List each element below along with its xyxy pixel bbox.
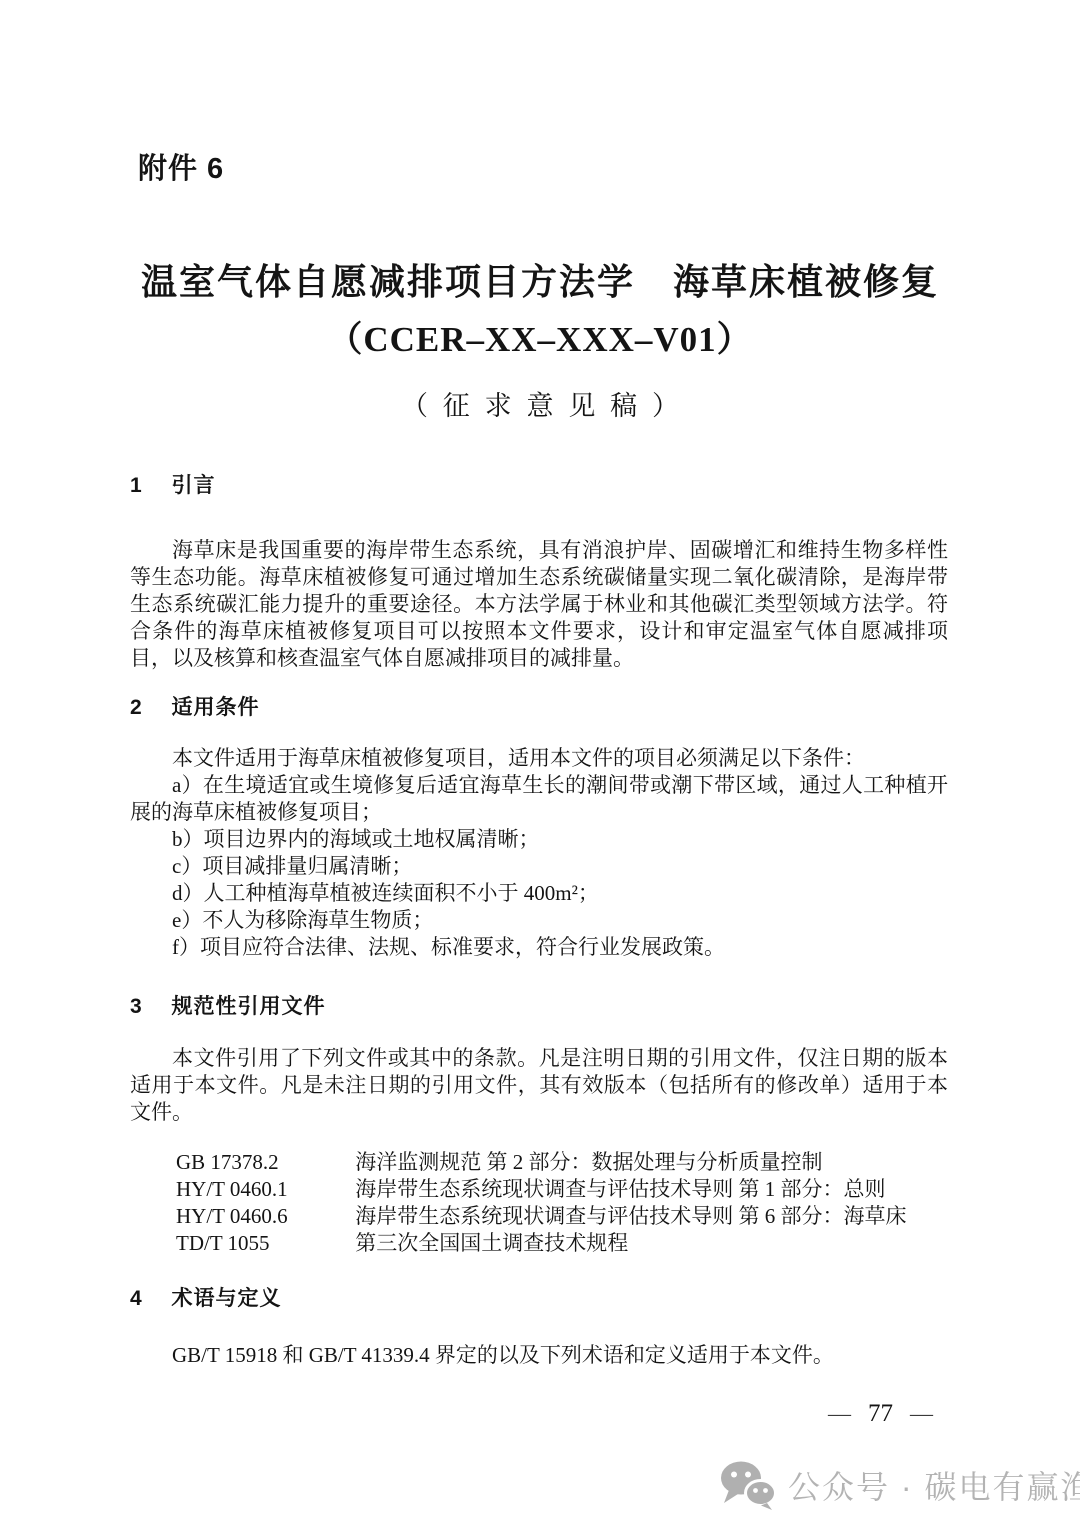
condition-item-d: d）人工种植海草植被连续面积不小于 400m²； bbox=[130, 880, 948, 907]
reference-row: TD/T 1055 第三次全国国土调查技术规程 bbox=[130, 1230, 948, 1257]
reference-title: 海洋监测规范 第 2 部分：数据处理与分析质量控制 bbox=[355, 1150, 822, 1174]
reference-title: 海岸带生态系统现状调查与评估技术导则 第 1 部分：总则 bbox=[355, 1177, 885, 1201]
reference-code: TD/T 1055 bbox=[176, 1230, 350, 1257]
watermark-text: 公众号 · 碳电有赢渔 bbox=[788, 1462, 1080, 1508]
reference-row: GB 17378.2 海洋监测规范 第 2 部分：数据处理与分析质量控制 bbox=[130, 1149, 948, 1176]
document-title-line1: 温室气体自愿减排项目方法学 海草床植被修复 bbox=[0, 254, 1080, 305]
watermark: 公众号 · 碳电有赢渔 bbox=[720, 1460, 1080, 1510]
section-4-paragraph: GB/T 15918 和 GB/T 41339.4 界定的以及下列术语和定义适用… bbox=[130, 1342, 948, 1369]
page-number: 77 bbox=[868, 1400, 893, 1428]
attachment-label: 附件 6 bbox=[138, 146, 224, 187]
reference-list: GB 17378.2 海洋监测规范 第 2 部分：数据处理与分析质量控制 HY/… bbox=[130, 1149, 948, 1257]
section-3-heading: 3 规范性引用文件 bbox=[130, 993, 948, 1020]
condition-item-e: e）不人为移除海草生物质； bbox=[130, 907, 948, 934]
wechat-icon bbox=[720, 1460, 776, 1510]
section-1-paragraph: 海草床是我国重要的海岸带生态系统，具有消浪护岸、固碳增汇和维持生物多样性等生态功… bbox=[130, 537, 948, 672]
section-4-heading: 4 术语与定义 bbox=[130, 1285, 948, 1312]
reference-title: 第三次全国国土调查技术规程 bbox=[355, 1231, 628, 1255]
section-1-title: 引言 bbox=[172, 472, 216, 499]
section-2-title: 适用条件 bbox=[172, 694, 260, 721]
section-1-number: 1 bbox=[130, 472, 142, 499]
section-4-number: 4 bbox=[130, 1285, 142, 1312]
section-3-number: 3 bbox=[130, 993, 142, 1020]
section-2-intro: 本文件适用于海草床植被修复项目，适用本文件的项目必须满足以下条件： bbox=[130, 745, 948, 772]
document-title-line2: （CCER–XX–XXX–V01） bbox=[0, 312, 1080, 362]
reference-code: HY/T 0460.1 bbox=[176, 1176, 350, 1203]
section-2-heading: 2 适用条件 bbox=[130, 694, 948, 721]
section-3-title: 规范性引用文件 bbox=[172, 993, 326, 1020]
condition-item-f: f）项目应符合法律、法规、标准要求，符合行业发展政策。 bbox=[130, 934, 948, 961]
page-footer: — 77 — bbox=[828, 1400, 933, 1428]
draft-label: （征求意见稿） bbox=[0, 384, 1080, 423]
reference-code: GB 17378.2 bbox=[176, 1149, 350, 1176]
section-2-number: 2 bbox=[130, 694, 142, 721]
condition-item-a: a）在生境适宜或生境修复后适宜海草生长的潮间带或潮下带区域，通过人工种植开展的海… bbox=[130, 772, 948, 826]
page-number-dash-right: — bbox=[910, 1401, 933, 1427]
reference-row: HY/T 0460.6 海岸带生态系统现状调查与评估技术导则 第 6 部分：海草… bbox=[130, 1203, 948, 1230]
section-4-title: 术语与定义 bbox=[172, 1285, 282, 1312]
condition-item-b: b）项目边界内的海域或土地权属清晰； bbox=[130, 826, 948, 853]
section-3-intro: 本文件引用了下列文件或其中的条款。凡是注明日期的引用文件，仅注日期的版本适用于本… bbox=[130, 1045, 948, 1126]
section-1-heading: 1 引言 bbox=[130, 472, 948, 499]
condition-item-c: c）项目减排量归属清晰； bbox=[130, 853, 948, 880]
reference-row: HY/T 0460.1 海岸带生态系统现状调查与评估技术导则 第 1 部分：总则 bbox=[130, 1176, 948, 1203]
document-page: 附件 6 温室气体自愿减排项目方法学 海草床植被修复 （CCER–XX–XXX–… bbox=[0, 0, 1080, 1528]
reference-code: HY/T 0460.6 bbox=[176, 1203, 350, 1230]
document-body: 1 引言 海草床是我国重要的海岸带生态系统，具有消浪护岸、固碳增汇和维持生物多样… bbox=[130, 472, 948, 1369]
page-number-dash-left: — bbox=[828, 1401, 851, 1427]
reference-title: 海岸带生态系统现状调查与评估技术导则 第 6 部分：海草床 bbox=[355, 1204, 906, 1228]
